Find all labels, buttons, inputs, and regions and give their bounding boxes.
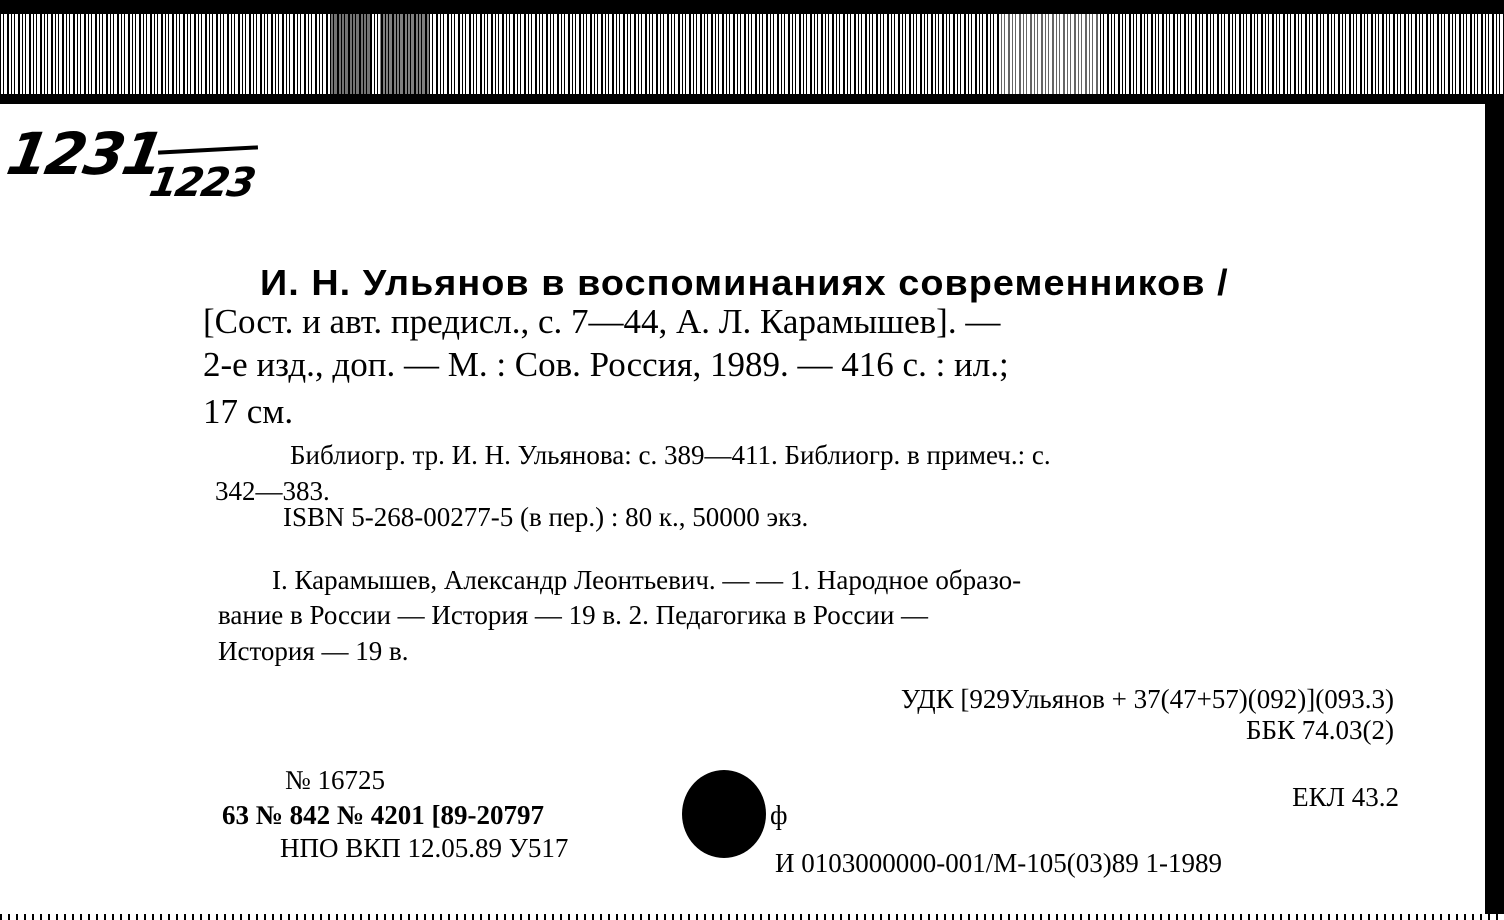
publication-code: И 0103000000-001/М-105(03)89 1-1989 bbox=[775, 848, 1222, 879]
subject-line-3: История — 19 в. bbox=[218, 636, 409, 667]
scan-band bbox=[1000, 14, 1100, 94]
scan-band bbox=[330, 14, 370, 94]
entry-statement: [Сост. и авт. предисл., с. 7—44, А. Л. К… bbox=[203, 302, 1000, 342]
subject-line-1: I. Карамышев, Александр Леонтьевич. — — … bbox=[272, 565, 1021, 596]
imprint-suffix: ф bbox=[770, 800, 788, 831]
record-number: № 16725 bbox=[285, 765, 385, 796]
udk-code: УДК [929Ульянов + 37(47+57)(092)](093.3) bbox=[901, 684, 1394, 715]
printer-line: НПО ВКП 12.05.89 У517 bbox=[280, 833, 568, 864]
ekl-code: ЕКЛ 43.2 bbox=[1292, 782, 1399, 813]
handwritten-number: 1231 bbox=[2, 120, 167, 188]
entry-title: И. Н. Ульянов в воспоминаниях современни… bbox=[260, 262, 1229, 304]
bibliography-note: Библиогр. тр. И. Н. Ульянова: с. 389—411… bbox=[290, 440, 1051, 471]
card-edge-bottom bbox=[0, 914, 1504, 920]
entry-size: 17 см. bbox=[203, 392, 293, 432]
ink-blot bbox=[682, 770, 766, 858]
isbn-line: ISBN 5-268-00277-5 (в пер.) : 80 к., 500… bbox=[283, 502, 808, 533]
subject-line-2: вание в России — История — 19 в. 2. Педа… bbox=[218, 600, 928, 631]
entry-edition: 2-е изд., доп. — М. : Сов. Россия, 1989.… bbox=[203, 345, 1009, 385]
scan-artifact-top bbox=[0, 0, 1504, 104]
handwritten-sub-number: 1223 bbox=[146, 160, 257, 206]
bbk-code: ББК 74.03(2) bbox=[1246, 715, 1394, 746]
imprint-line: 63 № 842 № 4201 [89-20797 bbox=[222, 800, 544, 831]
scan-band bbox=[380, 14, 430, 94]
card-edge-right bbox=[1485, 104, 1504, 920]
